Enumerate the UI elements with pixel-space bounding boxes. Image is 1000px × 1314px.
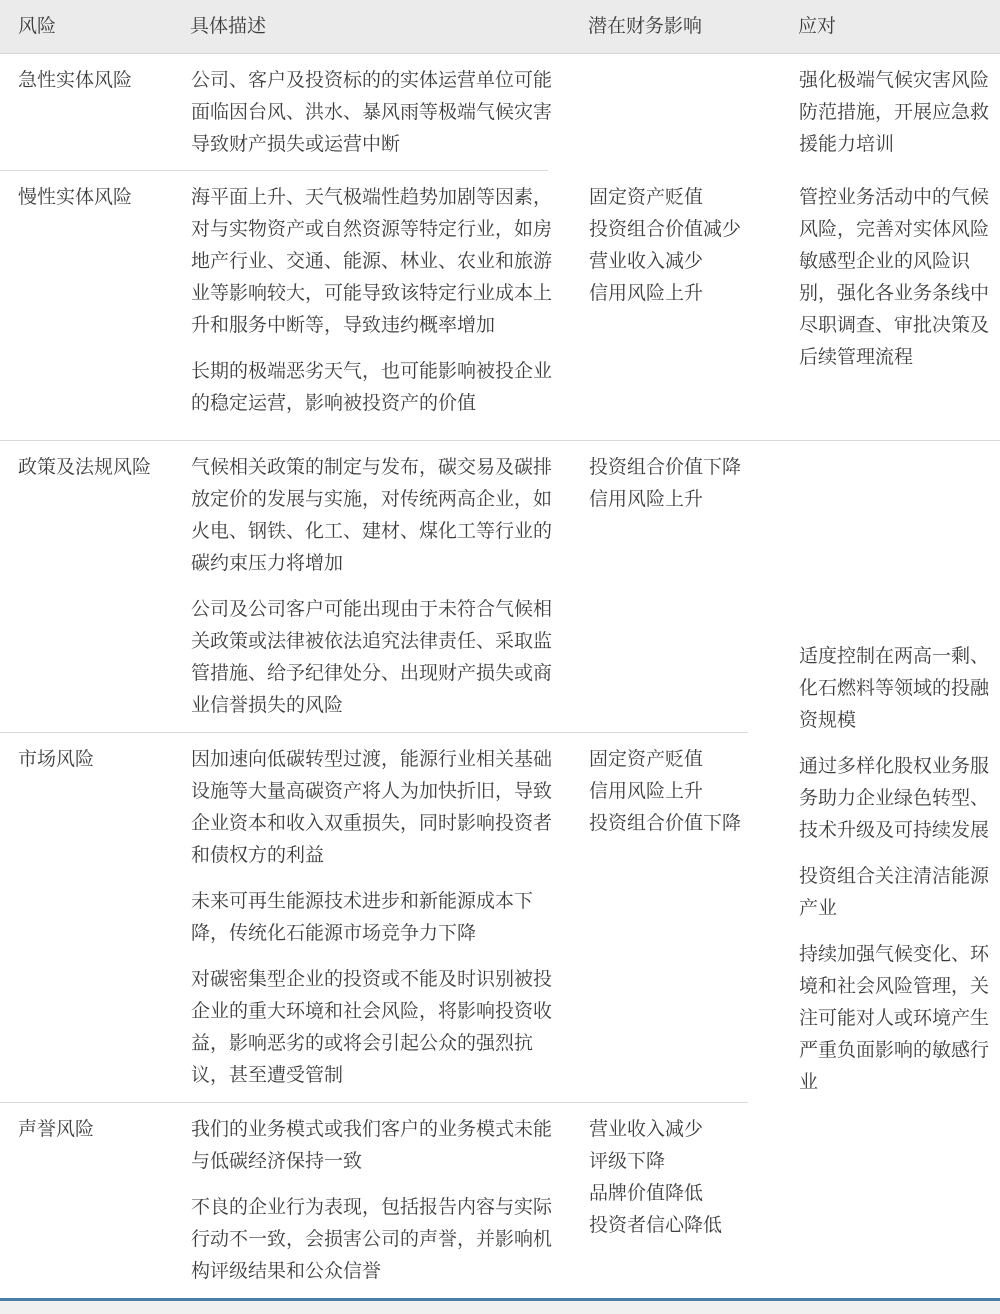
financial-impact-cell: 投资组合价值下降信用风险上升 bbox=[588, 441, 798, 733]
paragraph: 强化极端气候灾害风险防范措施，开展应急救援能力培训 bbox=[799, 65, 990, 161]
table-row-acute-physical-risk: 急性实体风险 公司、客户及投资标的的实体运营单位可能面临因台风、洪水、暴风雨等极… bbox=[0, 54, 1000, 171]
risk-response-cell: 强化极端气候灾害风险防范措施，开展应急救援能力培训 bbox=[798, 54, 1000, 171]
column-header-financial-impact: 潜在财务影响 bbox=[588, 0, 798, 54]
financial-impact-cell: 营业收入减少评级下降品牌价值降低投资者信心降低 bbox=[588, 1103, 798, 1298]
footer-strip bbox=[0, 1301, 1000, 1314]
paragraph: 因加速向低碳转型过渡，能源行业相关基础设施等大量高碳资产将人为加快折旧，导致企业… bbox=[191, 744, 554, 872]
risk-description-cell: 我们的业务模式或我们客户的业务模式未能与低碳经济保持一致不良的企业行为表现，包括… bbox=[190, 1103, 588, 1298]
paragraph: 管控业务活动中的气候风险，完善对实体风险敏感型企业的风险识别，强化各业务条线中尽… bbox=[799, 182, 990, 374]
table-row-policy-regulatory-risk: 政策及法规风险 气候相关政策的制定与发布，碳交易及碳排放定价的发展与实施，对传统… bbox=[0, 441, 1000, 733]
paragraph: 投资组合价值减少 bbox=[589, 214, 788, 246]
header-row: 风险 具体描述 潜在财务影响 应对 bbox=[0, 0, 1000, 54]
paragraph: 投资组合关注清洁能源产业 bbox=[799, 861, 990, 925]
risk-description-cell: 海平面上升、天气极端性趋势加剧等因素，对与实物资产或自然资源等特定行业，如房地产… bbox=[190, 171, 588, 441]
table-row-chronic-physical-risk: 慢性实体风险 海平面上升、天气极端性趋势加剧等因素，对与实物资产或自然资源等特定… bbox=[0, 171, 1000, 441]
paragraph: 持续加强气候变化、环境和社会风险管理，关注可能对人或环境产生严重负面影响的敏感行… bbox=[799, 939, 990, 1099]
risk-name-cell: 慢性实体风险 bbox=[0, 171, 190, 441]
paragraph: 营业收入减少 bbox=[589, 1114, 788, 1146]
column-header-risk: 风险 bbox=[0, 0, 190, 54]
financial-impact-cell: 固定资产贬值信用风险上升投资组合价值下降 bbox=[588, 733, 798, 1103]
risk-response-cell: 管控业务活动中的气候风险，完善对实体风险敏感型企业的风险识别，强化各业务条线中尽… bbox=[798, 171, 1000, 441]
climate-risk-table: 风险 具体描述 潜在财务影响 应对 急性实体风险 公司、客户及投资标的的实体运营… bbox=[0, 0, 1000, 1298]
paragraph: 长期的极端恶劣天气，也可能影响被投企业的稳定运营，影响被投资产的价值 bbox=[191, 356, 554, 420]
paragraph: 投资者信心降低 bbox=[589, 1210, 788, 1242]
climate-risk-report-page: 风险 具体描述 潜在财务影响 应对 急性实体风险 公司、客户及投资标的的实体运营… bbox=[0, 0, 1000, 1314]
paragraph: 我们的业务模式或我们客户的业务模式未能与低碳经济保持一致 bbox=[191, 1114, 554, 1178]
paragraph: 品牌价值降低 bbox=[589, 1178, 788, 1210]
paragraph: 不良的企业行为表现，包括报告内容与实际行动不一致，会损害公司的声誉，并影响机构评… bbox=[191, 1192, 554, 1288]
paragraph: 固定资产贬值 bbox=[589, 182, 788, 214]
risk-name-cell: 市场风险 bbox=[0, 733, 190, 1103]
column-header-description: 具体描述 bbox=[190, 0, 588, 54]
paragraph: 通过多样化股权业务服务助力企业绿色转型、技术升级及可持续发展 bbox=[799, 751, 990, 847]
paragraph: 投资组合价值下降 bbox=[589, 452, 788, 484]
column-header-response: 应对 bbox=[798, 0, 1000, 54]
paragraph: 信用风险上升 bbox=[589, 278, 788, 310]
paragraph: 海平面上升、天气极端性趋势加剧等因素，对与实物资产或自然资源等特定行业，如房地产… bbox=[191, 182, 554, 342]
financial-impact-cell bbox=[588, 54, 798, 171]
paragraph: 固定资产贬值 bbox=[589, 744, 788, 776]
paragraph: 对碳密集型企业的投资或不能及时识别被投企业的重大环境和社会风险，将影响投资收益，… bbox=[191, 964, 554, 1092]
paragraph: 公司及公司客户可能出现由于未符合气候相关政策或法律被依法追究法律责任、采取监管措… bbox=[191, 594, 554, 722]
paragraph: 评级下降 bbox=[589, 1146, 788, 1178]
risk-name-cell: 急性实体风险 bbox=[0, 54, 190, 171]
merged-response-cell: 适度控制在两高一剩、化石燃料等领域的投融资规模通过多样化股权业务服务助力企业绿色… bbox=[798, 441, 1000, 1298]
paragraph: 适度控制在两高一剩、化石燃料等领域的投融资规模 bbox=[799, 641, 990, 737]
risk-name-cell: 声誉风险 bbox=[0, 1103, 190, 1298]
risk-description-cell: 公司、客户及投资标的的实体运营单位可能面临因台风、洪水、暴风雨等极端气候灾害导致… bbox=[190, 54, 588, 171]
paragraph: 信用风险上升 bbox=[589, 484, 788, 516]
risk-description-cell: 气候相关政策的制定与发布，碳交易及碳排放定价的发展与实施，对传统两高企业，如火电… bbox=[190, 441, 588, 733]
paragraph: 信用风险上升 bbox=[589, 776, 788, 808]
risk-description-cell: 因加速向低碳转型过渡，能源行业相关基础设施等大量高碳资产将人为加快折旧，导致企业… bbox=[190, 733, 588, 1103]
paragraph: 投资组合价值下降 bbox=[589, 808, 788, 840]
paragraph: 气候相关政策的制定与发布，碳交易及碳排放定价的发展与实施，对传统两高企业，如火电… bbox=[191, 452, 554, 580]
financial-impact-cell: 固定资产贬值投资组合价值减少营业收入减少信用风险上升 bbox=[588, 171, 798, 441]
paragraph: 营业收入减少 bbox=[589, 246, 788, 278]
risk-name-cell: 政策及法规风险 bbox=[0, 441, 190, 733]
paragraph: 未来可再生能源技术进步和新能源成本下降，传统化石能源市场竞争力下降 bbox=[191, 886, 554, 950]
paragraph: 公司、客户及投资标的的实体运营单位可能面临因台风、洪水、暴风雨等极端气候灾害导致… bbox=[191, 65, 554, 161]
